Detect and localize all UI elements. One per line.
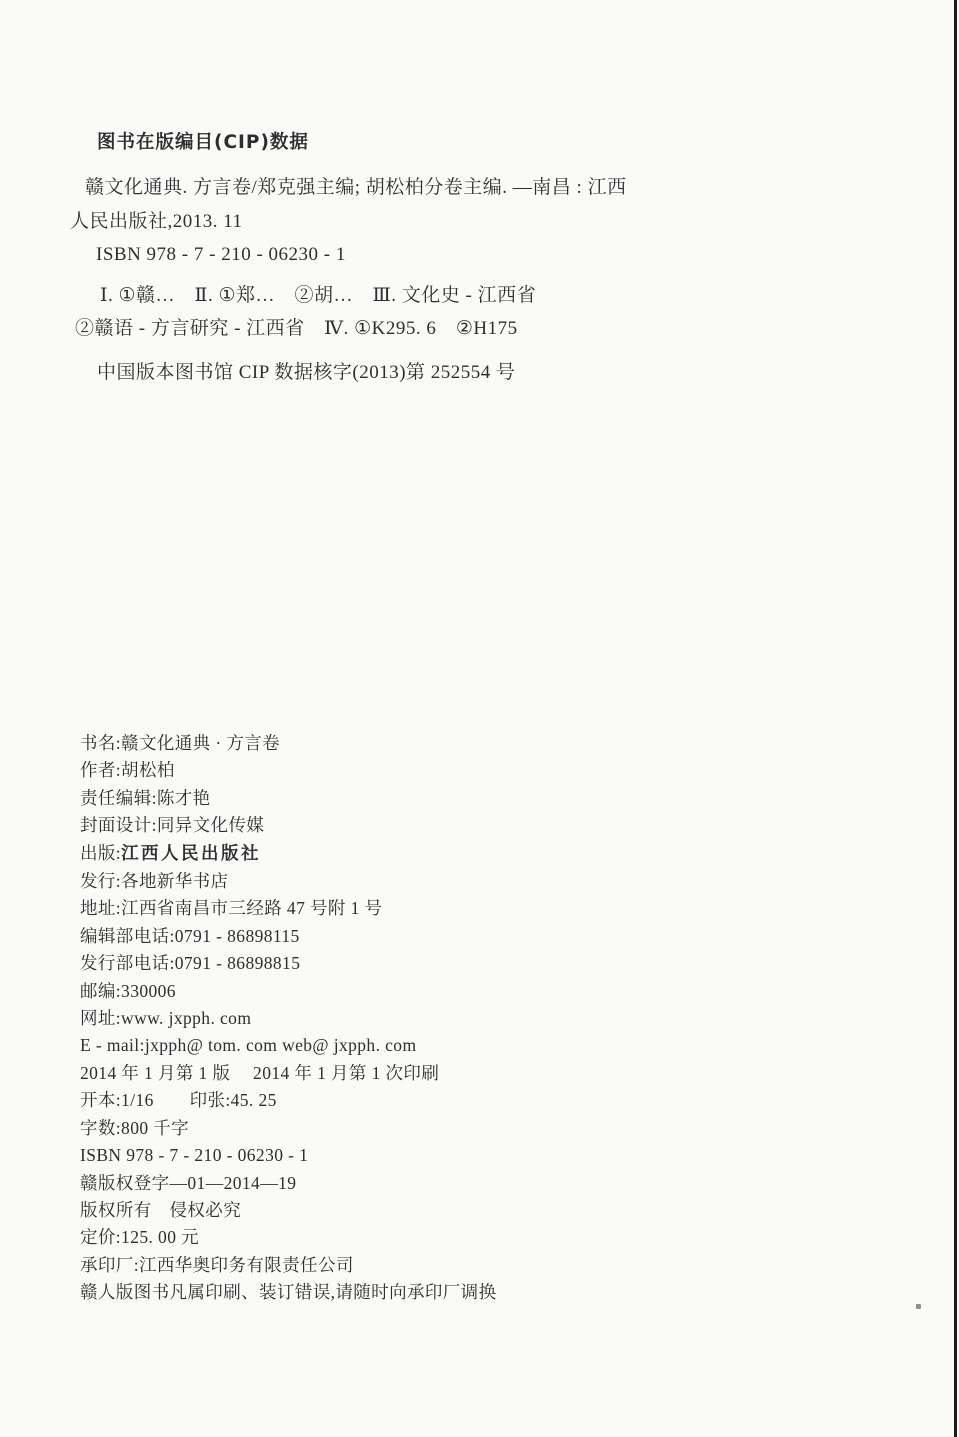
- colophon-line-book-title: 书名:赣文化通典 · 方言卷: [80, 730, 496, 757]
- cip-heading: 图书在版编目(CIP)数据: [97, 131, 309, 154]
- colophon-line-author: 作者:胡松柏: [80, 757, 496, 784]
- colophon-line-price: 定价:125. 00 元: [80, 1224, 496, 1251]
- colophon-line-editor: 责任编辑:陈才艳: [80, 785, 496, 812]
- colophon-line-publisher: 出版:江西人民出版社: [80, 840, 496, 868]
- colophon-line-copyright-notice: 版权所有 侵权必究: [80, 1197, 496, 1224]
- scan-artifact-dot: [916, 1304, 921, 1309]
- cip-record-line-1: 赣文化通典. 方言卷/郑克强主编; 胡松柏分卷主编. —南昌 : 江西: [85, 176, 627, 199]
- cip-record-line-2: 人民出版社,2013. 11: [70, 210, 243, 233]
- colophon-line-word-count: 字数:800 千字: [80, 1115, 496, 1142]
- cip-classification-line-2: ②赣语 - 方言研究 - 江西省 Ⅳ. ①K295. 6 ②H175: [75, 317, 518, 340]
- colophon-line-printer: 承印厂:江西华奥印务有限责任公司: [80, 1252, 496, 1279]
- colophon-line-editorial-phone: 编辑部电话:0791 - 86898115: [80, 923, 496, 950]
- colophon-line-registration: 赣版权登字—01—2014—19: [80, 1170, 496, 1197]
- scan-edge-shadow: [954, 0, 957, 1437]
- colophon-block: 书名:赣文化通典 · 方言卷 作者:胡松柏 责任编辑:陈才艳 封面设计:同异文化…: [80, 730, 496, 1307]
- colophon-line-exchange-notice: 赣人版图书凡属印刷、装订错误,请随时向承印厂调换: [80, 1279, 496, 1306]
- colophon-line-edition: 2014 年 1 月第 1 版 2014 年 1 月第 1 次印刷: [80, 1060, 496, 1087]
- colophon-line-distribution-phone: 发行部电话:0791 - 86898815: [80, 950, 496, 977]
- cip-isbn-line: ISBN 978 - 7 - 210 - 06230 - 1: [96, 243, 346, 266]
- colophon-line-address: 地址:江西省南昌市三经路 47 号附 1 号: [80, 895, 496, 922]
- cip-classification-line-1: Ⅰ. ①赣… Ⅱ. ①郑… ②胡… Ⅲ. 文化史 - 江西省: [100, 284, 536, 307]
- colophon-line-cover-design: 封面设计:同异文化传媒: [80, 812, 496, 839]
- colophon-line-format-sheets: 开本:1/16 印张:45. 25: [80, 1087, 496, 1114]
- colophon-line-isbn: ISBN 978 - 7 - 210 - 06230 - 1: [80, 1142, 496, 1169]
- colophon-line-distributor: 发行:各地新华书店: [80, 868, 496, 895]
- book-copyright-page: 图书在版编目(CIP)数据 赣文化通典. 方言卷/郑克强主编; 胡松柏分卷主编.…: [0, 0, 959, 1437]
- cip-record-number-line: 中国版本图书馆 CIP 数据核字(2013)第 252554 号: [97, 361, 516, 384]
- publisher-name-calligraphy: 江西人民出版社: [121, 844, 261, 864]
- colophon-line-website: 网址:www. jxpph. com: [80, 1005, 496, 1032]
- colophon-line-postcode: 邮编:330006: [80, 978, 496, 1005]
- publisher-label: 出版:: [80, 843, 121, 863]
- colophon-line-email: E - mail:jxpph@ tom. com web@ jxpph. com: [80, 1032, 496, 1059]
